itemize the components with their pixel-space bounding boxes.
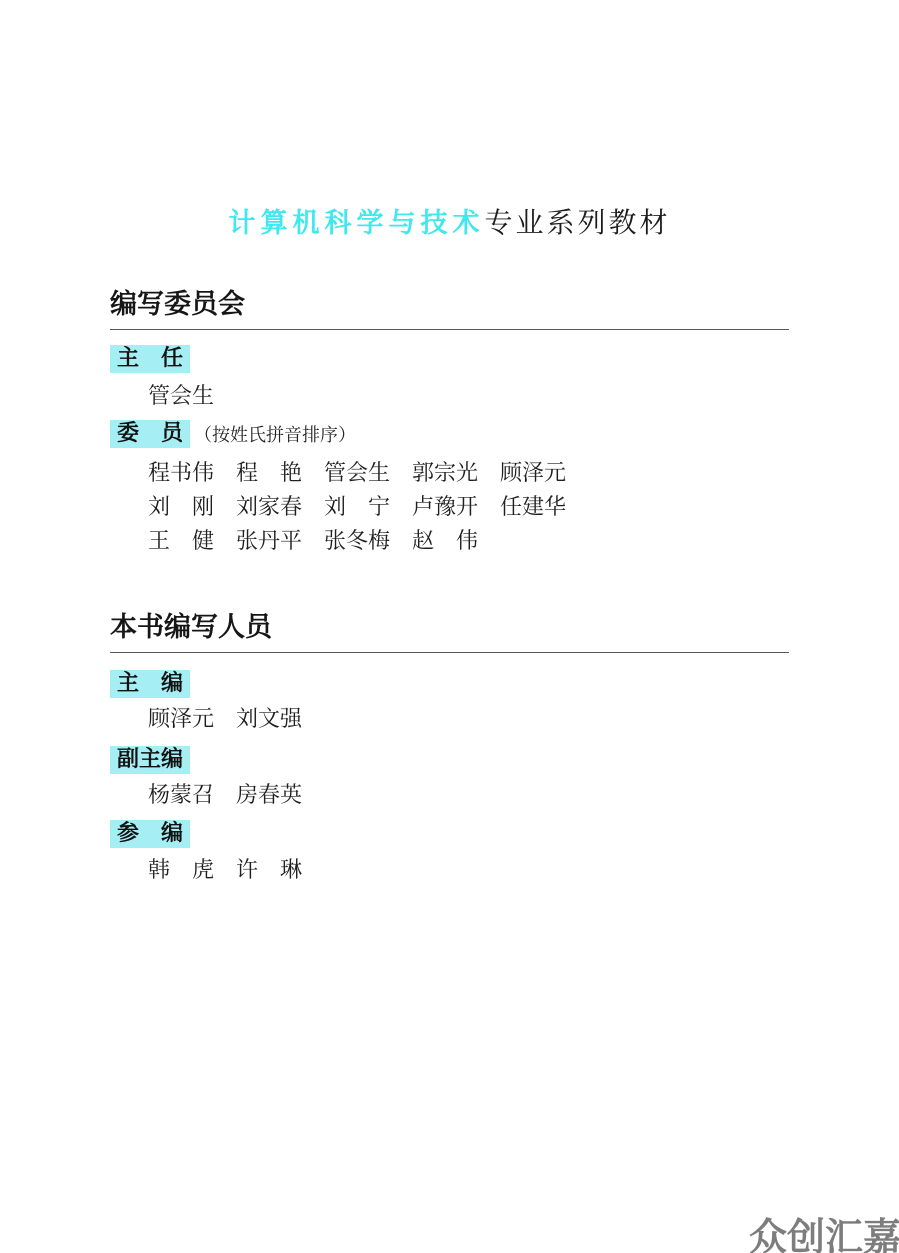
- book-front-matter-page: 计算机科学与技术专业系列教材 编写委员会 主 任 管会生 委 员（按姓氏拼音排序…: [0, 0, 899, 1253]
- book-staff-heading: 本书编写人员: [110, 612, 789, 653]
- contributor-role-badge: 参 编: [110, 820, 190, 848]
- members-sort-note: （按姓氏拼音排序）: [194, 425, 356, 446]
- series-title-highlight: 计算机科学与技术: [228, 208, 484, 239]
- deputy-editor-badge-line: 副主编: [110, 746, 899, 774]
- members-role-badge: 委 员: [110, 420, 190, 448]
- series-title: 计算机科学与技术专业系列教材: [0, 206, 899, 244]
- editorial-committee-heading: 编写委员会: [110, 289, 789, 330]
- members-badge-line: 委 员（按姓氏拼音排序）: [110, 420, 899, 448]
- deputy-editor-names: 杨蒙召 房春英: [148, 783, 899, 809]
- member-row: 王 健 张丹平 张冬梅 赵 伟: [148, 525, 899, 559]
- member-row: 程书伟 程 艳 管会生 郭宗光 顾泽元: [148, 457, 899, 491]
- deputy-editor-role-badge: 副主编: [110, 746, 190, 774]
- contributor-badge-line: 参 编: [110, 820, 899, 848]
- director-names: 管会生: [148, 384, 899, 410]
- member-row: 刘 刚 刘家春 刘 宁 卢豫开 任建华: [148, 491, 899, 525]
- director-badge-line: 主 任: [110, 345, 899, 373]
- series-title-rest: 专业系列教材: [484, 206, 670, 239]
- committee-member-list: 程书伟 程 艳 管会生 郭宗光 顾泽元 刘 刚 刘家春 刘 宁 卢豫开 任建华 …: [0, 457, 899, 559]
- director-role-badge: 主 任: [110, 345, 190, 373]
- chief-editor-names: 顾泽元 刘文强: [148, 707, 899, 733]
- watermark-logo: 众创汇嘉: [749, 1218, 899, 1253]
- contributor-names: 韩 虎 许 琳: [148, 858, 899, 884]
- chief-editor-badge-line: 主 编: [110, 670, 899, 698]
- chief-editor-role-badge: 主 编: [110, 670, 190, 698]
